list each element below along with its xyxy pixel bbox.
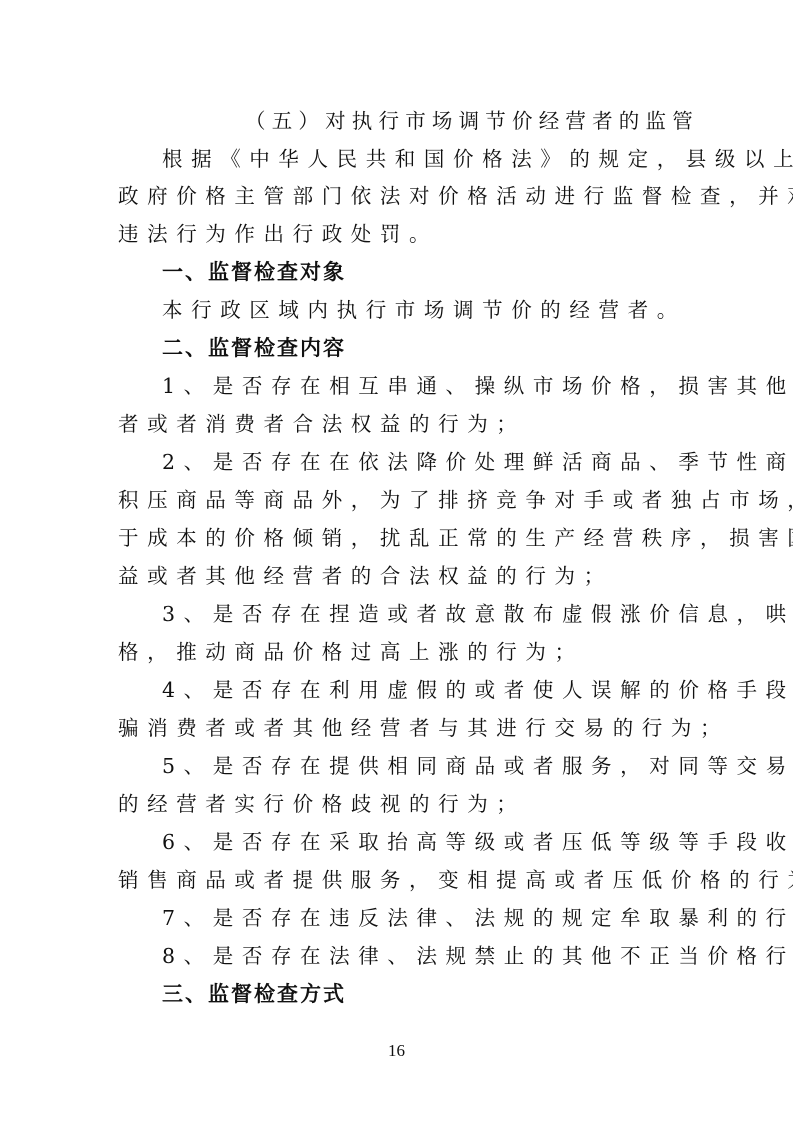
section-title: （五）对执行市场调节价经营者的监管 [245,107,793,135]
item-line: 2、是否存在在依法降价处理鲜活商品、季节性商品、 [162,448,742,476]
item-line: 销售商品或者提供服务，变相提高或者压低价格的行为； [118,866,698,894]
scope-text: 本行政区域内执行市场调节价的经营者。 [162,296,742,324]
item-line: 6、是否存在采取抬高等级或者压低等级等手段收购、 [162,828,742,856]
heading-inspection-method: 三、监督检查方式 [162,980,742,1008]
item-line: 1、是否存在相互串通、操纵市场价格，损害其他经营 [162,372,742,400]
intro-line: 政府价格主管部门依法对价格活动进行监督检查，并对价格 [118,182,698,210]
item-line: 格，推动商品价格过高上涨的行为； [118,638,698,666]
item-line: 4、是否存在利用虚假的或者使人误解的价格手段，诱 [162,676,742,704]
item-line: 益或者其他经营者的合法权益的行为； [118,562,698,590]
intro-line: 违法行为作出行政处罚。 [118,220,698,248]
item-line: 者或者消费者合法权益的行为； [118,410,698,438]
heading-inspection-target: 一、监督检查对象 [162,258,742,286]
document-page: （五）对执行市场调节价经营者的监管 根据《中华人民共和国价格法》的规定，县级以上… [0,0,793,1122]
item-line: 7、是否存在违反法律、法规的规定牟取暴利的行为； [162,904,742,932]
page-number: 16 [0,1041,793,1061]
item-line: 积压商品等商品外，为了排挤竞争对手或者独占市场，以低 [118,486,698,514]
item-line: 的经营者实行价格歧视的行为； [118,790,698,818]
item-line: 8、是否存在法律、法规禁止的其他不正当价格行为。 [162,942,742,970]
heading-inspection-content: 二、监督检查内容 [162,334,742,362]
item-line: 于成本的价格倾销，扰乱正常的生产经营秩序，损害国家利 [118,524,698,552]
item-line: 3、是否存在捏造或者故意散布虚假涨价信息，哄抬价 [162,600,742,628]
intro-line: 根据《中华人民共和国价格法》的规定，县级以上人民 [162,145,742,173]
item-line: 5、是否存在提供相同商品或者服务，对同等交易条件 [162,752,742,780]
item-line: 骗消费者或者其他经营者与其进行交易的行为； [118,714,698,742]
